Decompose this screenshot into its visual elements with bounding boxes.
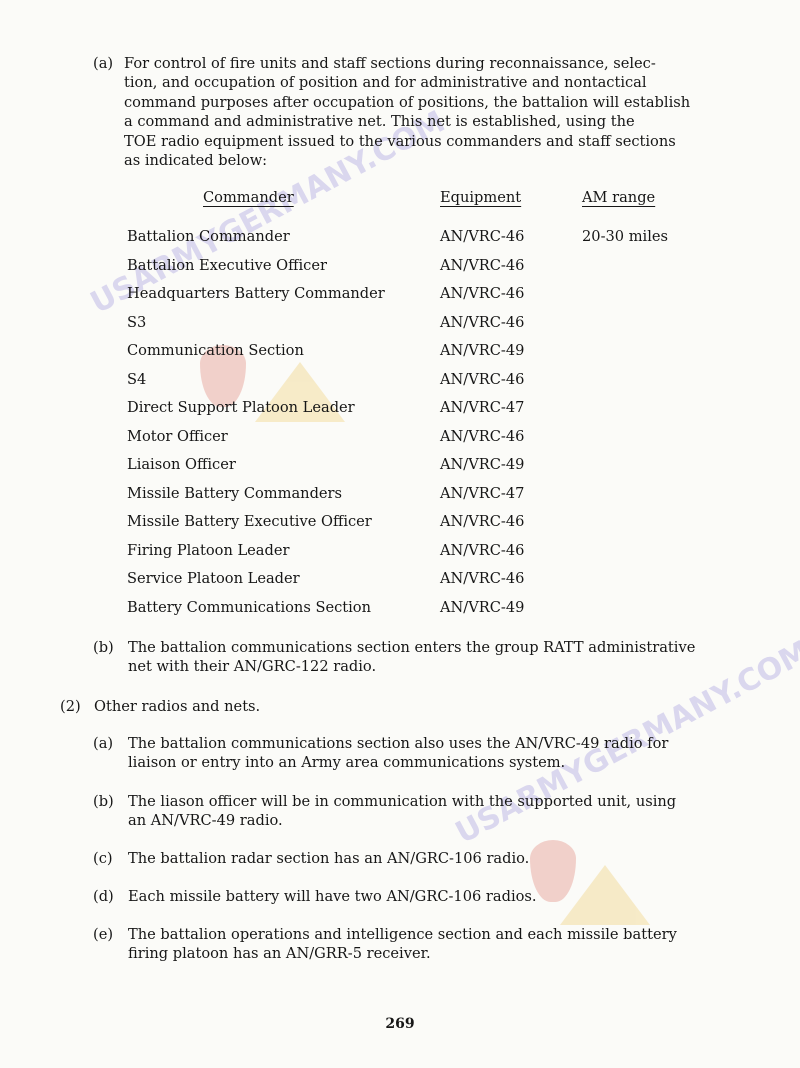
commander-cell: S3 — [127, 314, 146, 331]
sub-c-text: The battalion radar section has an AN/GR… — [128, 849, 529, 868]
equipment-cell: AN/VRC-46 — [440, 513, 524, 530]
equipment-cell: AN/VRC-49 — [440, 599, 524, 616]
table-row: Battalion CommanderAN/VRC-4620-30 miles — [0, 228, 800, 248]
para-line: as indicated below: — [124, 151, 690, 170]
para-line: liaison or entry into an Army area commu… — [128, 753, 668, 772]
equipment-cell: AN/VRC-46 — [440, 371, 524, 388]
sub-e-label: (e) — [93, 925, 113, 944]
para-line: For control of fire units and staff sect… — [124, 54, 690, 73]
para-line: an AN/VRC-49 radio. — [128, 811, 676, 830]
para-line: TOE radio equipment issued to the variou… — [124, 132, 690, 151]
equipment-cell: AN/VRC-49 — [440, 456, 524, 473]
table-row: Firing Platoon LeaderAN/VRC-46 — [0, 542, 800, 562]
para-line: The battalion communications section ent… — [128, 638, 695, 657]
equipment-cell: AN/VRC-47 — [440, 485, 524, 502]
sub-e-text: The battalion operations and intelligenc… — [128, 925, 677, 964]
table-row: Motor OfficerAN/VRC-46 — [0, 428, 800, 448]
para-line: The battalion operations and intelligenc… — [128, 925, 677, 944]
sub-b-label: (b) — [93, 792, 114, 811]
equipment-cell: AN/VRC-46 — [440, 285, 524, 302]
commander-cell: Missile Battery Executive Officer — [127, 513, 372, 530]
para-line: tion, and occupation of position and for… — [124, 73, 690, 92]
equipment-cell: AN/VRC-49 — [440, 342, 524, 359]
para-line: The battalion radar section has an AN/GR… — [128, 849, 529, 868]
table-row: S4AN/VRC-46 — [0, 371, 800, 391]
page-number: 269 — [0, 1016, 800, 1032]
table-row: Headquarters Battery CommanderAN/VRC-46 — [0, 285, 800, 305]
equipment-cell: AN/VRC-46 — [440, 542, 524, 559]
commander-cell: S4 — [127, 371, 146, 388]
table-row: Service Platoon LeaderAN/VRC-46 — [0, 570, 800, 590]
shield-emblem-icon — [530, 840, 576, 902]
commander-cell: Firing Platoon Leader — [127, 542, 289, 559]
section-2-title: Other radios and nets. — [94, 697, 260, 716]
commander-cell: Headquarters Battery Commander — [127, 285, 385, 302]
column-header-commander: Commander — [203, 189, 294, 206]
column-header-am-range: AM range — [582, 189, 655, 206]
table-row: Battalion Executive OfficerAN/VRC-46 — [0, 257, 800, 277]
table-row: S3AN/VRC-46 — [0, 314, 800, 334]
table-row: Battery Communications SectionAN/VRC-49 — [0, 599, 800, 619]
para-a-text: For control of fire units and staff sect… — [124, 54, 690, 170]
equipment-cell: AN/VRC-46 — [440, 570, 524, 587]
commander-cell: Motor Officer — [127, 428, 228, 445]
column-header-equipment: Equipment — [440, 189, 521, 206]
para-b-text: The battalion communications section ent… — [128, 638, 695, 677]
para-line: firing platoon has an AN/GRR-5 receiver. — [128, 944, 677, 963]
equipment-cell: AN/VRC-46 — [440, 228, 524, 245]
para-line: a command and administrative net. This n… — [124, 112, 690, 131]
sub-b-text: The liason officer will be in communicat… — [128, 792, 676, 831]
para-line: command purposes after occupation of pos… — [124, 93, 690, 112]
am-range-cell: 20-30 miles — [582, 228, 668, 245]
para-line: net with their AN/GRC-122 radio. — [128, 657, 695, 676]
document-page: USARMYGERMANY.COM USARMYGERMANY.COM (a) … — [0, 0, 800, 1068]
section-2-label: (2) — [60, 697, 81, 716]
commander-cell: Communication Section — [127, 342, 304, 359]
table-row: Liaison OfficerAN/VRC-49 — [0, 456, 800, 476]
table-row: Communication SectionAN/VRC-49 — [0, 342, 800, 362]
sub-a-text: The battalion communications section als… — [128, 734, 668, 773]
equipment-cell: AN/VRC-46 — [440, 314, 524, 331]
commander-cell: Missile Battery Commanders — [127, 485, 342, 502]
table-row: Missile Battery Executive OfficerAN/VRC-… — [0, 513, 800, 533]
table-row: Missile Battery CommandersAN/VRC-47 — [0, 485, 800, 505]
commander-cell: Battalion Commander — [127, 228, 290, 245]
sub-d-text: Each missile battery will have two AN/GR… — [128, 887, 537, 906]
equipment-cell: AN/VRC-47 — [440, 399, 524, 416]
equipment-cell: AN/VRC-46 — [440, 428, 524, 445]
para-a-label: (a) — [93, 54, 113, 73]
para-b-label: (b) — [93, 638, 114, 657]
sub-d-label: (d) — [93, 887, 114, 906]
commander-cell: Direct Support Platoon Leader — [127, 399, 355, 416]
commander-cell: Battery Communications Section — [127, 599, 371, 616]
commander-cell: Service Platoon Leader — [127, 570, 300, 587]
equipment-cell: AN/VRC-46 — [440, 257, 524, 274]
para-line: Each missile battery will have two AN/GR… — [128, 887, 537, 906]
sub-c-label: (c) — [93, 849, 113, 868]
para-line: The liason officer will be in communicat… — [128, 792, 676, 811]
commander-cell: Battalion Executive Officer — [127, 257, 327, 274]
para-line: The battalion communications section als… — [128, 734, 668, 753]
commander-cell: Liaison Officer — [127, 456, 236, 473]
sub-a-label: (a) — [93, 734, 113, 753]
triangle-emblem-icon — [560, 865, 650, 925]
table-row: Direct Support Platoon LeaderAN/VRC-47 — [0, 399, 800, 419]
